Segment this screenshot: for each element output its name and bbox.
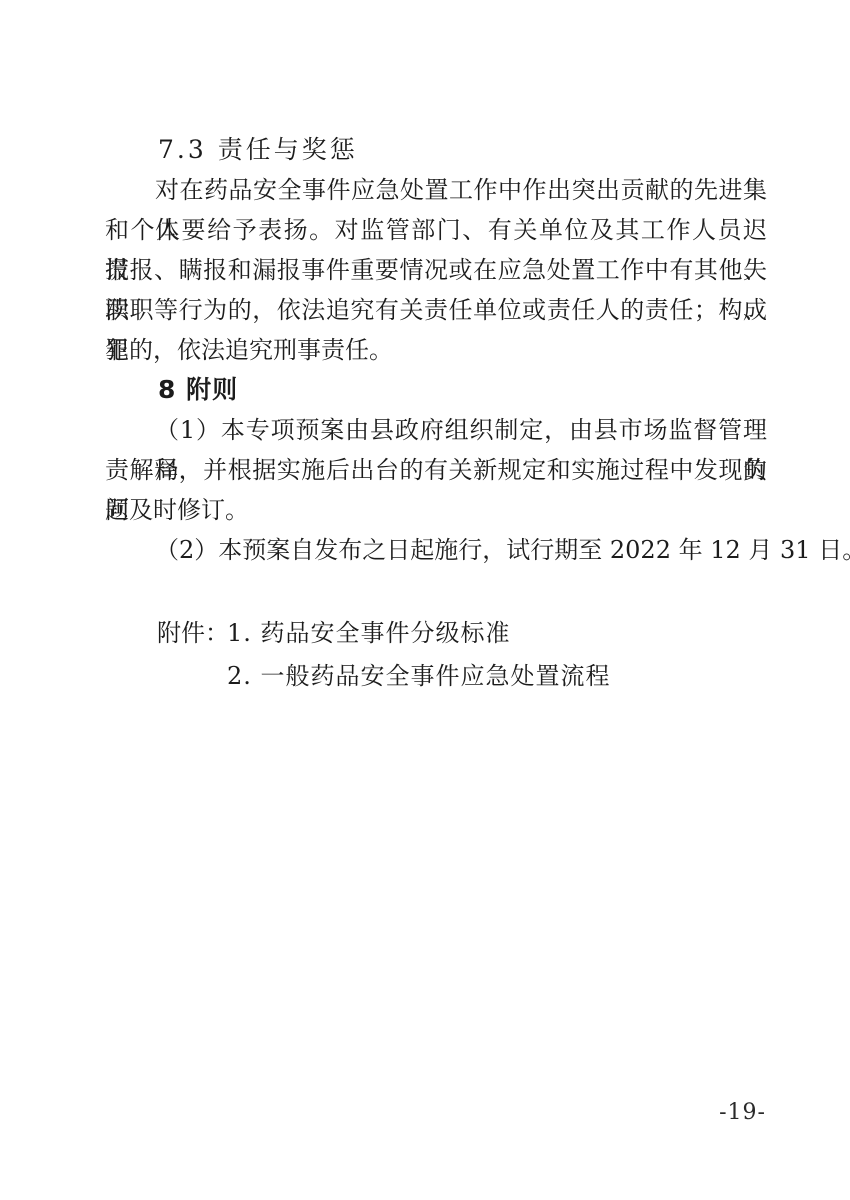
attachment-label-spacer [105, 655, 227, 698]
attachment-item-1: 1. 药品安全事件分级标准 [227, 612, 511, 655]
paragraph-7-3-line-3: 谎报、瞒报和漏报事件重要情况或在应急处置工作中有其他失职、 [105, 250, 767, 290]
document-body: 7.3 责任与奖惩 对在药品安全事件应急处置工作中作出突出贡献的先进集体 和个人… [105, 130, 767, 698]
paragraph-8-1-line-2: 责解释，并根据实施后出台的有关新规定和实施过程中发现的问 [105, 450, 767, 490]
paragraph-7-3-line-5: 罪的，依法追究刑事责任。 [105, 330, 767, 370]
paragraph-8-1-line-1: （1）本专项预案由县政府组织制定，由县市场监督管理局负 [105, 410, 767, 450]
blank-line [105, 570, 767, 610]
section-heading-7-3: 7.3 责任与奖惩 [105, 130, 767, 170]
paragraph-7-3-line-1: 对在药品安全事件应急处置工作中作出突出贡献的先进集体 [105, 170, 767, 210]
paragraph-8-1-line-3: 题及时修订。 [105, 490, 767, 530]
attachment-block: 附件： 1. 药品安全事件分级标准 2. 一般药品安全事件应急处置流程 [105, 612, 767, 698]
attachment-row-1: 附件： 1. 药品安全事件分级标准 [105, 612, 767, 655]
paragraph-8-2-line-1: （2）本预案自发布之日起施行，试行期至 2022 年 12 月 31 日。 [105, 530, 767, 570]
attachment-row-2: 2. 一般药品安全事件应急处置流程 [105, 655, 767, 698]
section-heading-8: 8 附则 [105, 370, 767, 410]
paragraph-7-3-line-4: 渎职等行为的，依法追究有关责任单位或责任人的责任；构成犯 [105, 290, 767, 330]
attachment-item-2: 2. 一般药品安全事件应急处置流程 [227, 655, 611, 698]
page-number: -19- [719, 1100, 766, 1125]
attachment-label: 附件： [105, 612, 227, 655]
paragraph-7-3-line-2: 和个人要给予表扬。对监管部门、有关单位及其工作人员迟报、 [105, 210, 767, 250]
document-page: 7.3 责任与奖惩 对在药品安全事件应急处置工作中作出突出贡献的先进集体 和个人… [0, 0, 850, 1200]
